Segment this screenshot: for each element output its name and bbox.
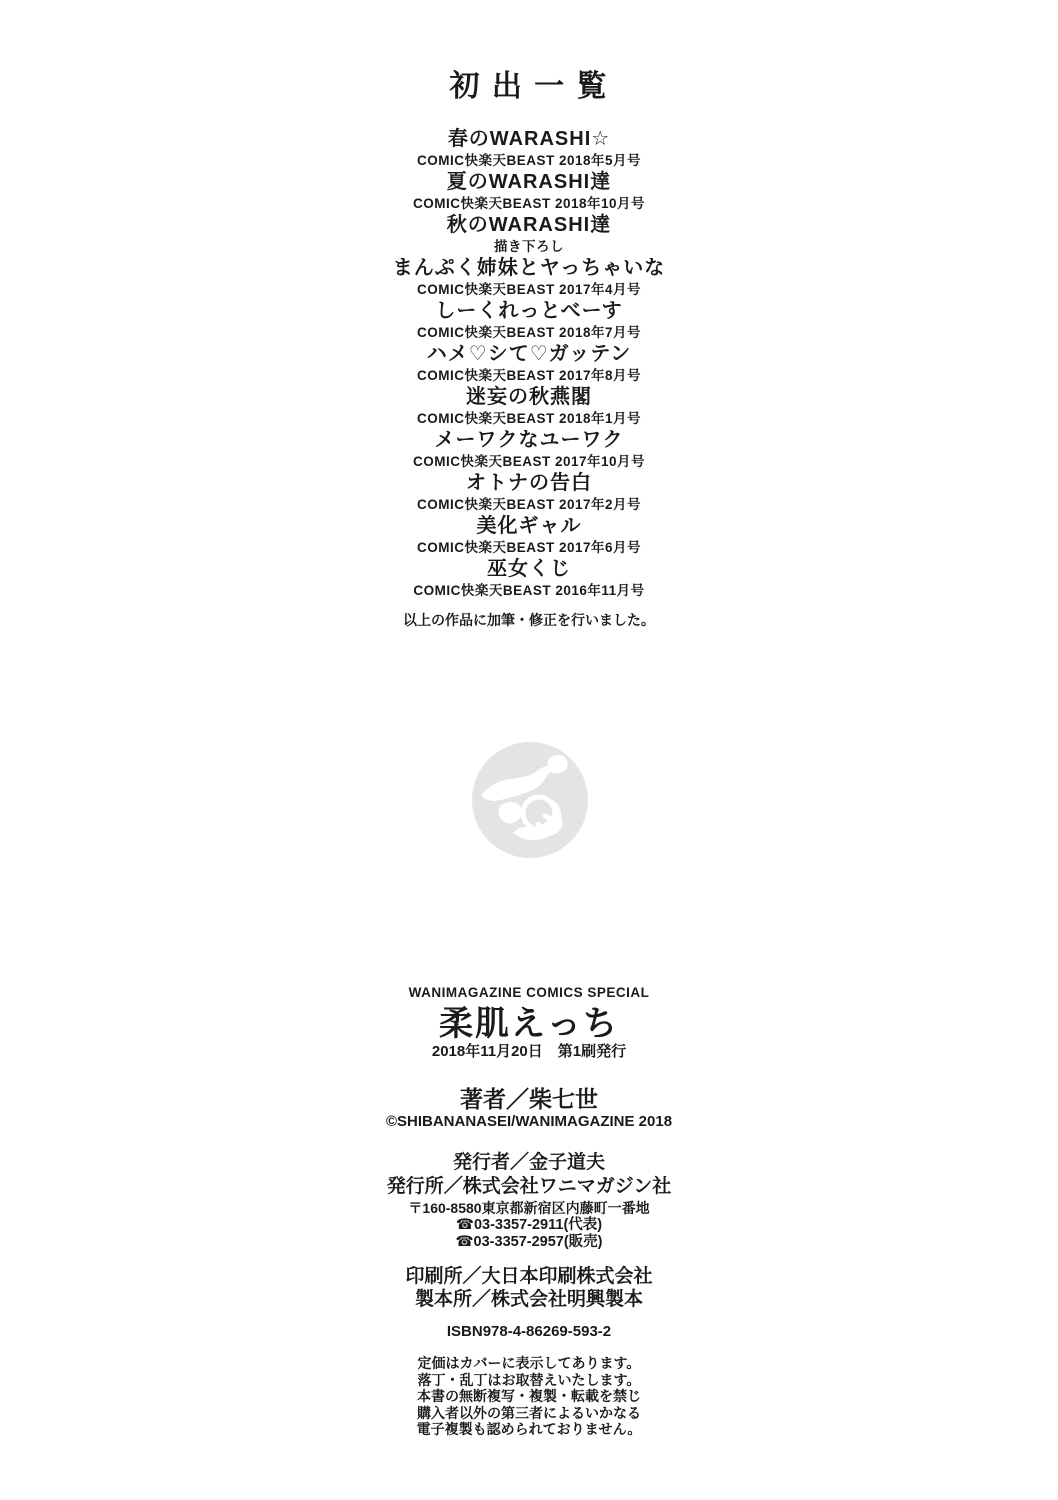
work-title: 夏のWARASHI達 (0, 169, 1058, 195)
author-line: 著者／柴七世 (0, 1085, 1058, 1113)
work-title: オトナの告白 (0, 470, 1058, 496)
work-source: COMIC快楽天BEAST 2017年2月号 (0, 496, 1058, 513)
list-item: オトナの告白 COMIC快楽天BEAST 2017年2月号 (0, 470, 1058, 513)
publisher-address: 〒160-8580東京都新宿区内藤町一番地 (0, 1199, 1058, 1217)
book-title: 柔肌えっち (0, 1005, 1058, 1043)
list-item: 夏のWARASHI達 COMIC快楽天BEAST 2018年10月号 (0, 169, 1058, 212)
phone-main-line: ☎03-3357-2911(代表) (0, 1217, 1058, 1234)
phone-sales-line: ☎03-3357-2957(販売) (0, 1234, 1058, 1251)
notice-line: 本書の無断複写・複製・転載を禁じ (0, 1388, 1058, 1405)
work-source: 描き下ろし (0, 238, 1058, 255)
work-source: COMIC快楽天BEAST 2017年10月号 (0, 453, 1058, 470)
publisher-company-line: 発行所／株式会社ワニマガジン社 (0, 1175, 1058, 1199)
copyright-line: ©SHIBANANASEI/WANIMAGAZINE 2018 (0, 1113, 1058, 1131)
colophon-block: WANIMAGAZINE COMICS SPECIAL 柔肌えっち 2018年1… (0, 984, 1058, 1438)
notice-line: 落丁・乱丁はお取替えいたします。 (0, 1372, 1058, 1389)
printer-line: 印刷所／大日本印刷株式会社 (0, 1265, 1058, 1288)
list-item: しーくれっとべーす COMIC快楽天BEAST 2018年7月号 (0, 298, 1058, 341)
work-title: 秋のWARASHI達 (0, 212, 1058, 238)
work-title: ハメ♡シて♡ガッテン (0, 341, 1058, 367)
series-label: WANIMAGAZINE COMICS SPECIAL (0, 984, 1058, 1001)
work-title: まんぷく姉妹とヤっちゃいな (0, 255, 1058, 281)
work-title: メーワクなユーワク (0, 427, 1058, 453)
first-publication-list: 初 出 一 覧 春のWARASHI☆ COMIC快楽天BEAST 2018年5月… (0, 70, 1058, 629)
list-item: 春のWARASHI☆ COMIC快楽天BEAST 2018年5月号 (0, 126, 1058, 169)
work-source: COMIC快楽天BEAST 2018年7月号 (0, 324, 1058, 341)
binder-line: 製本所／株式会社明興製本 (0, 1288, 1058, 1311)
work-source: COMIC快楽天BEAST 2016年11月号 (0, 582, 1058, 599)
list-item: 美化ギャル COMIC快楽天BEAST 2017年6月号 (0, 513, 1058, 556)
wanimagazine-crocodile-logo-icon (471, 741, 589, 859)
notice-line: 購入者以外の第三者によるいかなる (0, 1405, 1058, 1422)
list-item: メーワクなユーワク COMIC快楽天BEAST 2017年10月号 (0, 427, 1058, 470)
work-title: しーくれっとべーす (0, 298, 1058, 324)
page-title: 初 出 一 覧 (0, 70, 1058, 104)
printing-date: 2018年11月20日 第1刷発行 (0, 1043, 1058, 1061)
work-title: 巫女くじ (0, 556, 1058, 582)
legal-notice: 定価はカバーに表示してあります。 落丁・乱丁はお取替えいたします。 本書の無断複… (0, 1355, 1058, 1438)
list-item: 巫女くじ COMIC快楽天BEAST 2016年11月号 (0, 556, 1058, 599)
work-source: COMIC快楽天BEAST 2018年5月号 (0, 152, 1058, 169)
revision-note: 以上の作品に加筆・修正を行いました。 (0, 611, 1058, 629)
work-title: 迷妄の秋燕閣 (0, 384, 1058, 410)
work-source: COMIC快楽天BEAST 2017年4月号 (0, 281, 1058, 298)
notice-line: 電子複製も認められておりません。 (0, 1421, 1058, 1438)
notice-line: 定価はカバーに表示してあります。 (0, 1355, 1058, 1372)
publisher-person-line: 発行者／金子道夫 (0, 1151, 1058, 1175)
list-item: 秋のWARASHI達 描き下ろし (0, 212, 1058, 255)
list-item: 迷妄の秋燕閣 COMIC快楽天BEAST 2018年1月号 (0, 384, 1058, 427)
list-item: ハメ♡シて♡ガッテン COMIC快楽天BEAST 2017年8月号 (0, 341, 1058, 384)
work-source: COMIC快楽天BEAST 2017年6月号 (0, 539, 1058, 556)
colophon-page: 初 出 一 覧 春のWARASHI☆ COMIC快楽天BEAST 2018年5月… (0, 0, 1058, 1500)
work-source: COMIC快楽天BEAST 2017年8月号 (0, 367, 1058, 384)
work-source: COMIC快楽天BEAST 2018年1月号 (0, 410, 1058, 427)
work-source: COMIC快楽天BEAST 2018年10月号 (0, 195, 1058, 212)
isbn-line: ISBN978-4-86269-593-2 (0, 1323, 1058, 1341)
work-title: 美化ギャル (0, 513, 1058, 539)
work-title: 春のWARASHI☆ (0, 126, 1058, 152)
list-item: まんぷく姉妹とヤっちゃいな COMIC快楽天BEAST 2017年4月号 (0, 255, 1058, 298)
